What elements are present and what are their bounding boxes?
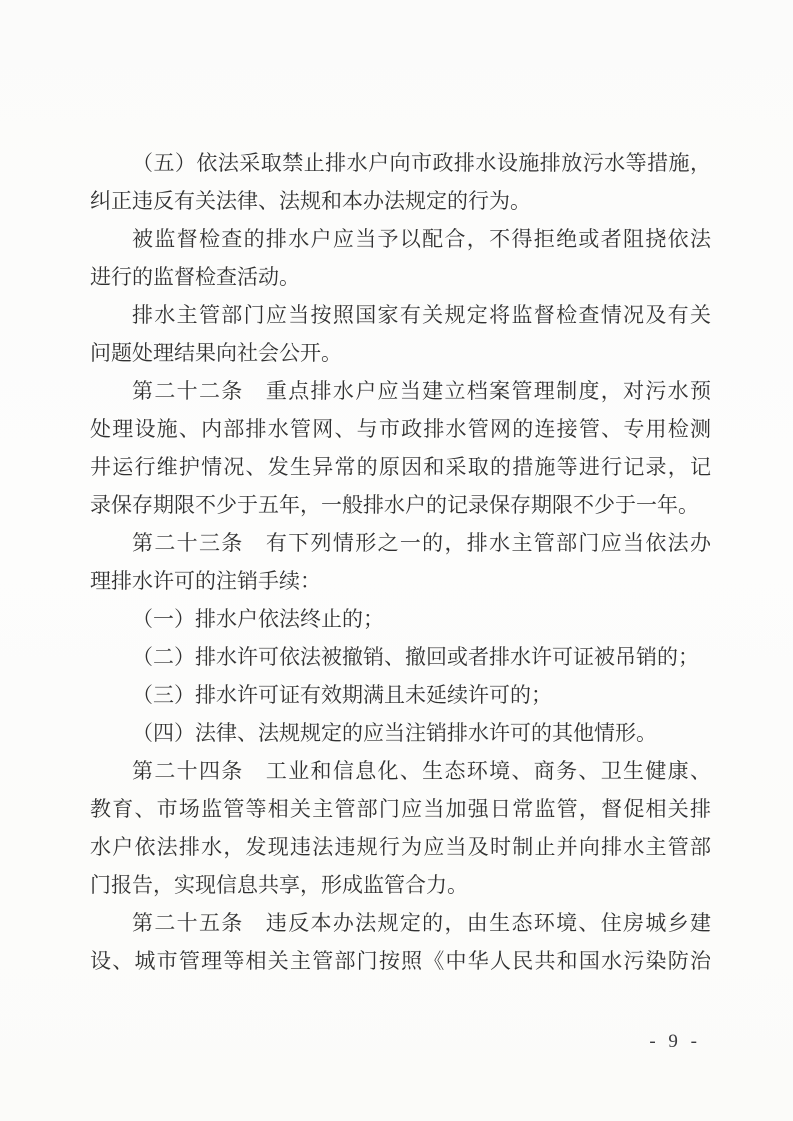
paragraph: 第二十五条 违反本办法规定的，由生态环境、住房城乡建设、城市管理等相关主管部门按… — [90, 904, 711, 980]
text-line: 问题处理结果向社会公开。 — [90, 334, 711, 372]
text-line: 理排水许可的注销手续： — [90, 562, 711, 600]
text-line: （一）排水户依法终止的； — [90, 600, 711, 638]
text-line: 录保存期限不少于五年，一般排水户的记录保存期限不少于一年。 — [90, 486, 711, 524]
text-line: （四）法律、法规规定的应当注销排水许可的其他情形。 — [90, 714, 711, 752]
text-line: （五）依法采取禁止排水户向市政排水设施排放污水等措施， — [90, 144, 711, 182]
text-line: 排水主管部门应当按照国家有关规定将监督检查情况及有关 — [90, 296, 711, 334]
text-line: 第二十五条 违反本办法规定的，由生态环境、住房城乡建 — [90, 904, 711, 942]
text-line: 处理设施、内部排水管网、与市政排水管网的连接管、专用检测 — [90, 410, 711, 448]
paragraph: （一）排水户依法终止的； — [90, 600, 711, 638]
document-page: （五）依法采取禁止排水户向市政排水设施排放污水等措施，纠正违反有关法律、法规和本… — [0, 0, 793, 1121]
text-line: 第二十四条 工业和信息化、生态环境、商务、卫生健康、 — [90, 752, 711, 790]
text-line: 设、城市管理等相关主管部门按照《中华人民共和国水污染防治 — [90, 942, 711, 980]
paragraph: 第二十四条 工业和信息化、生态环境、商务、卫生健康、教育、市场监管等相关主管部门… — [90, 752, 711, 904]
document-body: （五）依法采取禁止排水户向市政排水设施排放污水等措施，纠正违反有关法律、法规和本… — [90, 144, 711, 980]
paragraph: （四）法律、法规规定的应当注销排水许可的其他情形。 — [90, 714, 711, 752]
text-line: 被监督检查的排水户应当予以配合，不得拒绝或者阻挠依法 — [90, 220, 711, 258]
paragraph: 被监督检查的排水户应当予以配合，不得拒绝或者阻挠依法进行的监督检查活动。 — [90, 220, 711, 296]
text-line: （三）排水许可证有效期满且未延续许可的； — [90, 676, 711, 714]
text-line: 教育、市场监管等相关主管部门应当加强日常监管，督促相关排 — [90, 790, 711, 828]
text-line: 门报告，实现信息共享，形成监管合力。 — [90, 866, 711, 904]
page-number: - 9 - — [649, 1028, 701, 1056]
paragraph: 排水主管部门应当按照国家有关规定将监督检查情况及有关问题处理结果向社会公开。 — [90, 296, 711, 372]
paragraph: （五）依法采取禁止排水户向市政排水设施排放污水等措施，纠正违反有关法律、法规和本… — [90, 144, 711, 220]
text-line: 进行的监督检查活动。 — [90, 258, 711, 296]
text-line: 第二十二条 重点排水户应当建立档案管理制度，对污水预 — [90, 372, 711, 410]
paragraph: （三）排水许可证有效期满且未延续许可的； — [90, 676, 711, 714]
text-line: 水户依法排水，发现违法违规行为应当及时制止并向排水主管部 — [90, 828, 711, 866]
paragraph: 第二十二条 重点排水户应当建立档案管理制度，对污水预处理设施、内部排水管网、与市… — [90, 372, 711, 524]
text-line: 纠正违反有关法律、法规和本办法规定的行为。 — [90, 182, 711, 220]
paragraph: 第二十三条 有下列情形之一的，排水主管部门应当依法办理排水许可的注销手续： — [90, 524, 711, 600]
text-line: 第二十三条 有下列情形之一的，排水主管部门应当依法办 — [90, 524, 711, 562]
paragraph: （二）排水许可依法被撤销、撤回或者排水许可证被吊销的； — [90, 638, 711, 676]
text-line: （二）排水许可依法被撤销、撤回或者排水许可证被吊销的； — [90, 638, 711, 676]
text-line: 井运行维护情况、发生异常的原因和采取的措施等进行记录，记 — [90, 448, 711, 486]
